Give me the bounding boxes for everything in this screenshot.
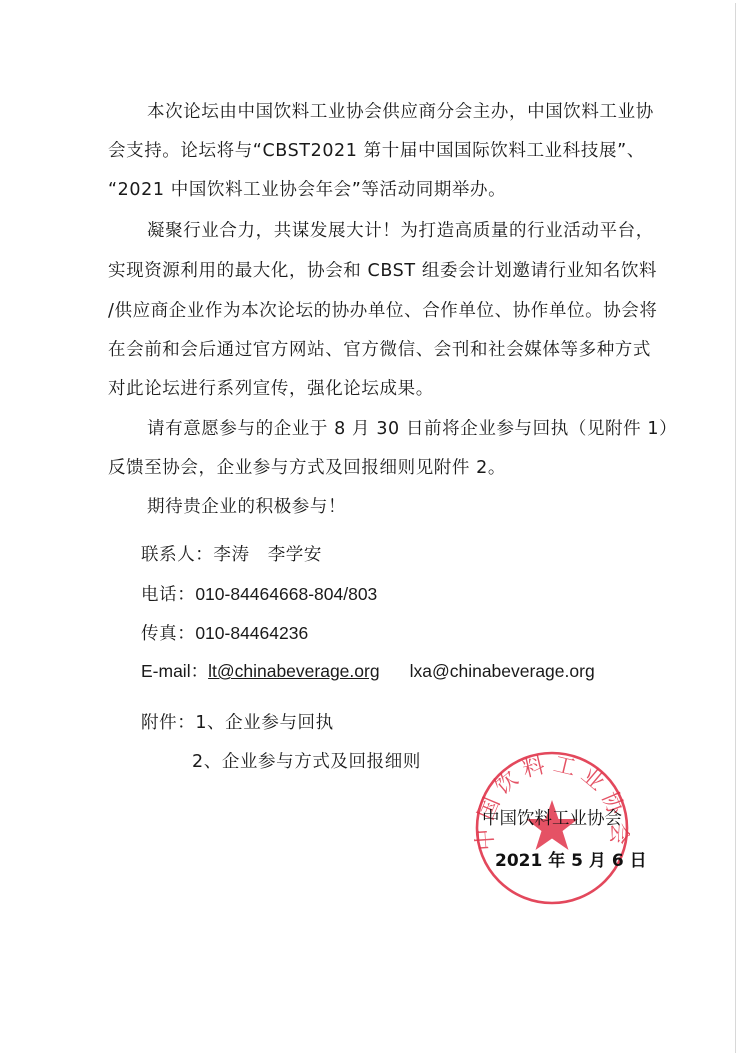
phone-value: 010-84464668-804/803 xyxy=(195,584,377,604)
attachments-label: 附件： xyxy=(141,713,195,733)
email-2: lxa@chinabeverage.org xyxy=(410,661,595,681)
paragraph-1-line-2: 会支持。论坛将与“CBST2021 第十届中国国际饮料工业科技展”、 xyxy=(108,140,645,162)
fax-value: 010-84464236 xyxy=(195,623,308,643)
scan-edge-line xyxy=(735,3,736,1053)
contact-person-label: 联系人： xyxy=(141,545,213,565)
paragraph-4-line-1: 期待贵企业的积极参与！ xyxy=(147,496,346,518)
paragraph-3-line-1: 请有意愿参与的企业于 8 月 30 日前将企业参与回执（见附件 1） xyxy=(147,418,677,440)
paragraph-2-line-1: 凝聚行业合力，共谋发展大计！为打造高质量的行业活动平台， xyxy=(147,220,654,242)
paragraph-1-line-1: 本次论坛由中国饮料工业协会供应商分会主办，中国饮料工业协 xyxy=(147,101,654,123)
paragraph-2-line-3: /供应商企业作为本次论坛的协办单位、合作单位、协作单位。协会将 xyxy=(108,300,658,322)
email-link-1[interactable]: lt@chinabeverage.org xyxy=(208,661,379,681)
contact-person-names: 李涛 李学安 xyxy=(213,545,322,565)
email-row: E-mail：lt@chinabeverage.orglxa@chinabeve… xyxy=(141,660,595,683)
signature-date: 2021 年 5 月 6 日 xyxy=(495,846,647,871)
email-label: E-mail： xyxy=(141,661,208,681)
paragraph-2-line-2: 实现资源利用的最大化，协会和 CBST 组委会计划邀请行业知名饮料 xyxy=(108,260,657,282)
attachment-row-1: 附件：1、企业参与回执 xyxy=(141,712,334,734)
signature-organization: 中国饮料工业协会 xyxy=(482,805,622,830)
paragraph-2-line-4: 在会前和会后通过官方网站、官方微信、会刊和社会媒体等多种方式 xyxy=(108,339,651,361)
document-page: 本次论坛由中国饮料工业协会供应商分会主办，中国饮料工业协 会支持。论坛将与“CB… xyxy=(0,0,744,1053)
attachment-item-2: 2、企业参与方式及回报细则 xyxy=(192,751,421,773)
paragraph-3-line-2: 反馈至协会，企业参与方式及回报细则见附件 2。 xyxy=(108,457,506,479)
paragraph-2-line-5: 对此论坛进行系列宣传，强化论坛成果。 xyxy=(108,378,434,400)
fax-label: 传真： xyxy=(141,624,195,644)
phone-label: 电话： xyxy=(141,585,195,605)
fax-row: 传真：010-84464236 xyxy=(141,622,308,645)
phone-row: 电话：010-84464668-804/803 xyxy=(141,583,377,606)
contact-person-row: 联系人：李涛 李学安 xyxy=(141,544,322,566)
attachment-item-1: 1、企业参与回执 xyxy=(195,713,333,733)
paragraph-1-line-3: “2021 中国饮料工业协会年会”等活动同期举办。 xyxy=(108,179,506,201)
